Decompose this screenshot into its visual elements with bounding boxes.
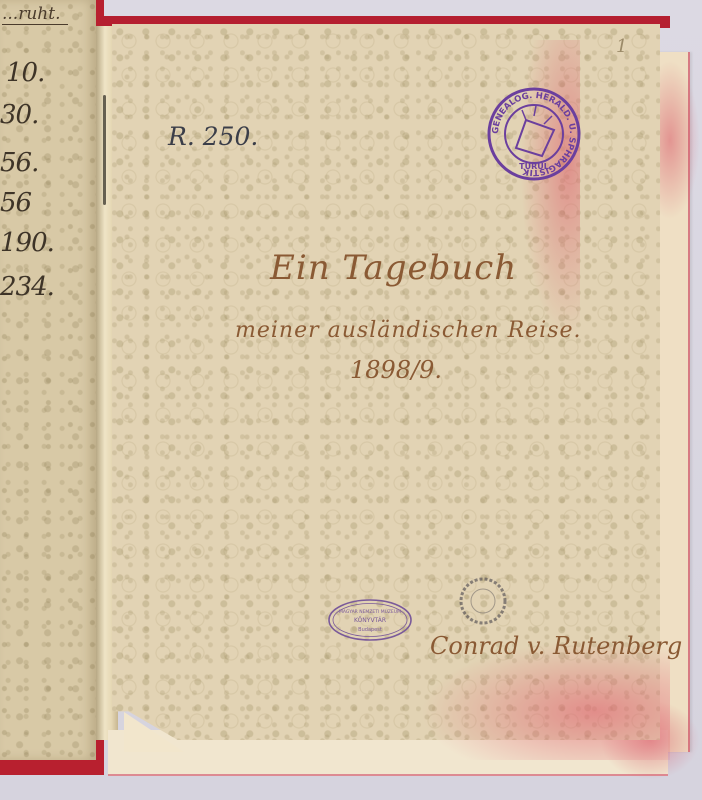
left-endpaper: ...ruht. 10. 30. 56. 56 190. 234. <box>0 0 96 760</box>
svg-text:Budapest: Budapest <box>358 627 382 633</box>
left-page-number: 56. <box>0 148 38 178</box>
svg-text:TURUL: TURUL <box>519 162 549 171</box>
left-page-number: 10. <box>6 58 44 88</box>
signature: Conrad v. Rutenberg <box>430 632 682 660</box>
page-number: 1 <box>616 36 627 57</box>
binding-thread <box>103 95 106 205</box>
title-line-2: meiner ausländischen Reise. <box>235 318 582 343</box>
left-page-number: 190. <box>0 228 54 258</box>
title-year: 1898/9. <box>350 356 442 384</box>
library-oval-stamp-icon: MAGYAR NEMZETI MÚZEUM KÖNYVTÁR Budapest <box>327 598 413 642</box>
heraldic-society-stamp-icon: GENEALOG. HERALD. U. SPHRAGISTIK TURUL <box>486 86 582 182</box>
left-page-number: 234. <box>0 272 54 302</box>
svg-text:MAGYAR NEMZETI MÚZEUM: MAGYAR NEMZETI MÚZEUM <box>339 608 401 615</box>
shelfmark: R. 250. <box>168 122 258 151</box>
left-page-number: 56 <box>0 188 31 218</box>
left-page-number: 30. <box>0 100 38 130</box>
faded-round-stamp-icon <box>458 576 508 626</box>
svg-text:KÖNYVTÁR: KÖNYVTÁR <box>354 617 386 624</box>
title-line-1: Ein Tagebuch <box>270 248 517 288</box>
left-page-heading: ...ruht. <box>2 4 68 25</box>
